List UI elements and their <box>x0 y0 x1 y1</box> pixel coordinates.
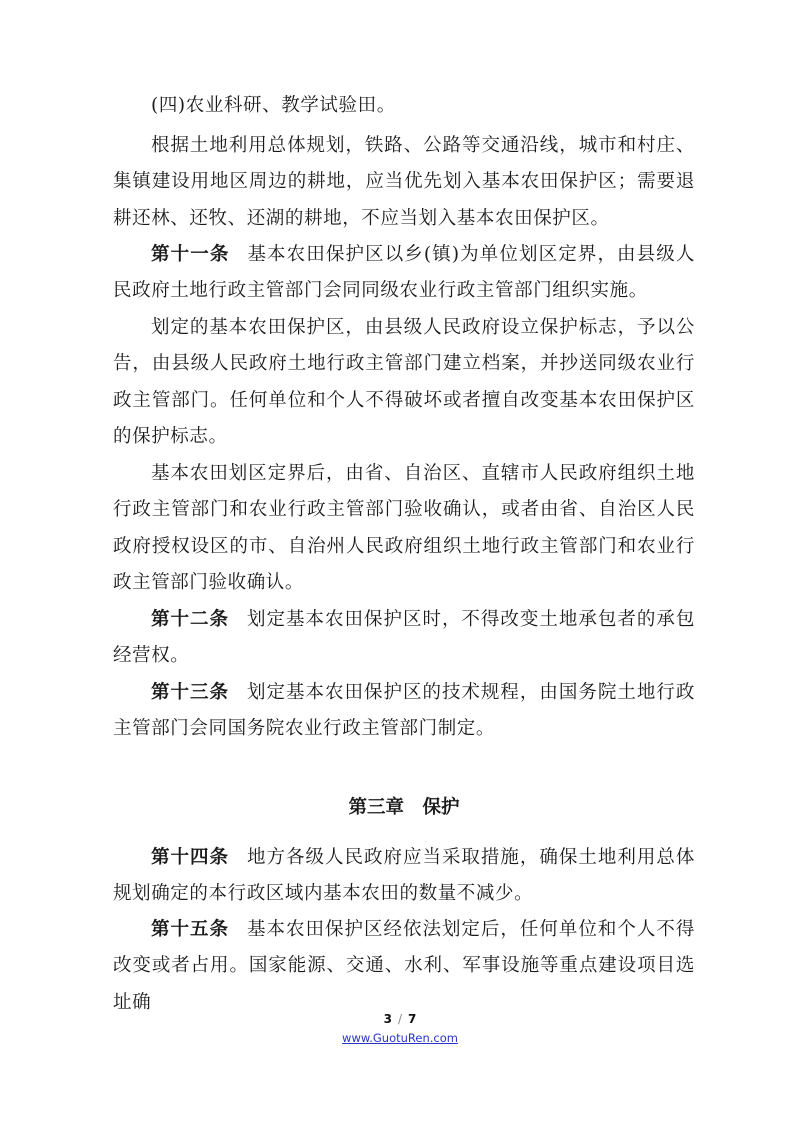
article-number: 第十四条 <box>151 847 229 868</box>
page-separator: / <box>398 1012 402 1026</box>
paragraph-protection-signs: 划定的基本农田保护区，由县级人民政府设立保护标志，予以公告，由县级人民政府土地行… <box>113 310 695 455</box>
paragraph-item-4: (四)农业科研、教学试验田。 <box>113 88 695 124</box>
paragraph-text: 划定的基本农田保护区，由县级人民政府设立保护标志，予以公告，由县级人民政府土地行… <box>113 310 695 455</box>
article-11: 第十一条基本农田保护区以乡(镇)为单位划区定界，由县级人民政府土地行政主管部门会… <box>113 237 695 310</box>
article-number: 第十五条 <box>151 919 229 940</box>
page-current: 3 <box>384 1012 392 1026</box>
footer-link-container: www.GuotuRen.com <box>0 1031 800 1045</box>
article-number: 第十一条 <box>151 244 229 265</box>
page-total: 7 <box>408 1012 416 1026</box>
article-12: 第十二条划定基本农田保护区时，不得改变土地承包者的承包经营权。 <box>113 602 695 675</box>
article-number: 第十三条 <box>151 682 229 703</box>
article-15: 第十五条基本农田保护区经依法划定后，任何单位和个人不得改变或者占用。国家能源、交… <box>113 912 695 1021</box>
page-number: 3/7 <box>0 1012 800 1026</box>
document-page: (四)农业科研、教学试验田。 根据土地利用总体规划，铁路、公路等交通沿线，城市和… <box>0 0 800 1132</box>
website-link[interactable]: www.GuotuRen.com <box>342 1031 458 1045</box>
article-13: 第十三条划定基本农田保护区的技术规程，由国务院土地行政主管部门会同国务院农业行政… <box>113 675 695 748</box>
article-14: 第十四条地方各级人民政府应当采取措施，确保土地利用总体规划确定的本行政区域内基本… <box>113 840 695 913</box>
paragraph-land-planning: 根据土地利用总体规划，铁路、公路等交通沿线，城市和村庄、集镇建设用地区周边的耕地… <box>113 128 695 237</box>
article-number: 第十二条 <box>151 609 229 630</box>
paragraph-text: 基本农田划区定界后，由省、自治区、直辖市人民政府组织土地行政主管部门和农业行政主… <box>113 456 695 601</box>
chapter-heading: 第三章 保护 <box>113 793 695 819</box>
paragraph-text: 根据土地利用总体规划，铁路、公路等交通沿线，城市和村庄、集镇建设用地区周边的耕地… <box>113 128 695 237</box>
paragraph-text: (四)农业科研、教学试验田。 <box>113 88 695 124</box>
chapter-heading-block: 第三章 保护 <box>113 793 695 819</box>
paragraph-acceptance: 基本农田划区定界后，由省、自治区、直辖市人民政府组织土地行政主管部门和农业行政主… <box>113 456 695 601</box>
